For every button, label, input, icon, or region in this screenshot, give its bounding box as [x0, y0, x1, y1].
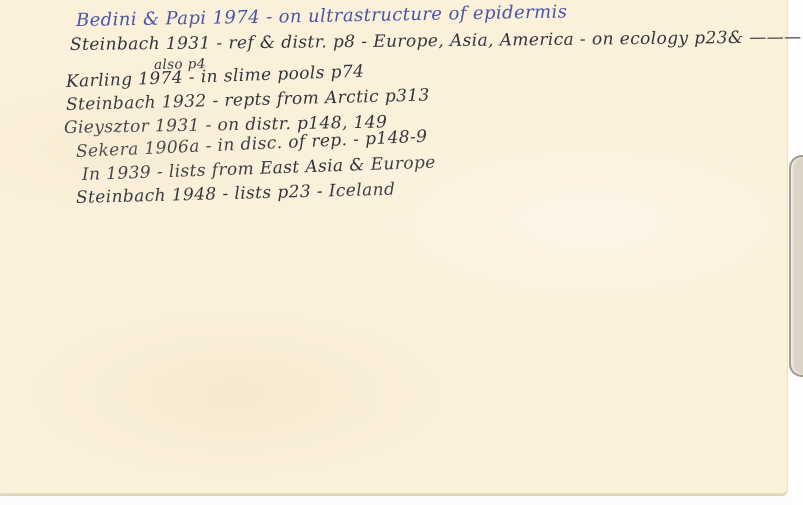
handwritten-line-steinbach-1931: Steinbach 1931 - ref & distr. p8 - Europ… [70, 27, 802, 55]
handwritten-line-bedini-papi: Bedini & Papi 1974 - on ultrastructure o… [76, 1, 568, 31]
index-card: Bedini & Papi 1974 - on ultrastructure o… [0, 0, 788, 495]
handwriting-layer: Bedini & Papi 1974 - on ultrastructure o… [0, 0, 787, 493]
card-holder-tab [789, 155, 803, 377]
handwritten-line-steinbach-1948: Steinbach 1948 - lists p23 - Iceland [76, 180, 396, 208]
